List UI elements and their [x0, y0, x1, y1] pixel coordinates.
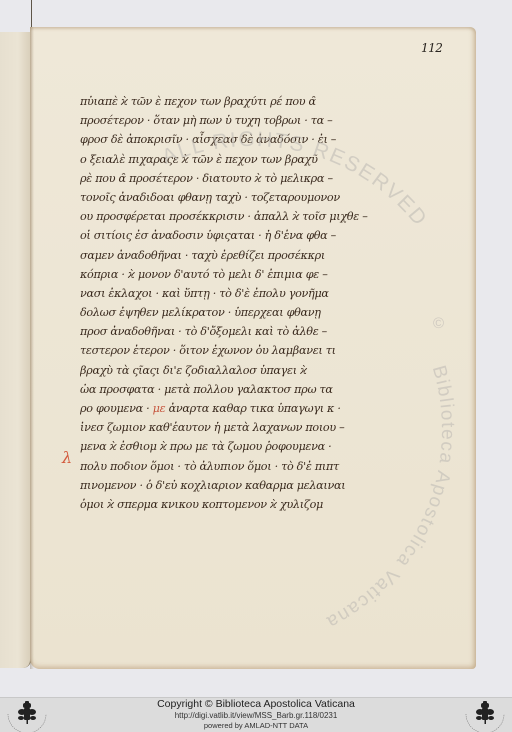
manuscript-line: ὠα προσφατα · μετὰ πολλου γαλακτοσ πρω τ…: [80, 380, 420, 399]
manuscript-line: τεστερον ἑτερον · ὅιτον ἐχωνον ὀυ λαμβαν…: [80, 341, 420, 360]
manuscript-line: ρὲ που α̑ προσέτερον · διατουτο ϰ̀ τὸ με…: [80, 169, 420, 188]
manuscript-line-text: φροσ δὲ ἀποκρισῖν · αἶσχεασ δὲ ἀναδόσιν …: [80, 133, 336, 146]
manuscript-line: πολυ ποδιον ὅμοι · τὸ ἀλυπιον ὅμοι · τὸ …: [80, 457, 420, 476]
manuscript-line-text: τεστερον ἑτερον · ὅιτον ἐχωνον ὀυ λαμβαν…: [80, 344, 336, 357]
manuscript-line-text: ρὲ που α̑ προσέτερον · διατουτο ϰ̀ τὸ με…: [80, 172, 333, 185]
manuscript-line: μενα ϰ̀ ἐσθιομ ϰ̀ πρω με τὰ ζωμου ῥοφουμ…: [80, 437, 420, 456]
rubric-text: με: [153, 402, 166, 415]
manuscript-line: τονοῖς ἀναδιδοαι φθανῃ ταχὺ · τοζεταρουμ…: [80, 188, 420, 207]
image-viewport[interactable]: 112 λ πὐιαπὲ ϰ̀ τῶν ὲ πεχον των βραχύτι …: [0, 0, 512, 697]
manuscript-line-text: πινομενον · ὁ δ'εὐ κοχλιαριον καθαρμα με…: [80, 479, 345, 492]
manuscript-line-text: ο ξειαλὲ πιχαραςε ϰ̀ τῶν ὲ πεχον των βρα…: [80, 153, 318, 166]
manuscript-line-text: σαμεν ἀναδοθῆναι · ταχὺ ἐρεθίζει προσέκκ…: [80, 249, 325, 262]
manuscript-line-text: ἰνεσ ζωμιον καθ'ἑαυτον ἡ μετὰ λαχανων πο…: [80, 421, 344, 434]
manuscript-line: ο ξειαλὲ πιχαραςε ϰ̀ τῶν ὲ πεχον των βρα…: [80, 150, 420, 169]
footer-powered-by: powered by AMLAD-NTT DATA: [0, 721, 512, 730]
manuscript-line: πινομενον · ὁ δ'εὐ κοχλιαριον καθαρμα με…: [80, 476, 420, 495]
folio-number: 112: [421, 41, 442, 55]
manuscript-line: πὐιαπὲ ϰ̀ τῶν ὲ πεχον των βραχύτι ρέ που…: [80, 92, 420, 111]
manuscript-line: ἰνεσ ζωμιον καθ'ἑαυτον ἡ μετὰ λαχανων πο…: [80, 418, 420, 437]
previous-page-edge: [0, 32, 31, 668]
manuscript-line-text: οἱ σιτίοις ἐσ ἀναδοσιν ὑφιςαται · ἡ δ'ἑν…: [80, 229, 336, 242]
manuscript-line: νασι ἐκλαχοι · καὶ ὕπτῃ · τὸ δ'ὲ ἐπολυ γ…: [80, 284, 420, 303]
manuscript-line-text: ἀναρτα καθαρ τικα ὑπαγωγι κ ·: [165, 402, 340, 415]
footer-copyright: Copyright © Biblioteca Apostolica Vatica…: [0, 698, 512, 710]
manuscript-line: προσ ἀναδοθῆναι · τὸ δ'ὄξομελι καὶ τὸ ἀλ…: [80, 322, 420, 341]
footer-bar: Copyright © Biblioteca Apostolica Vatica…: [0, 697, 512, 732]
manuscript-line: σαμεν ἀναδοθῆναι · ταχὺ ἐρεθίζει προσέκκ…: [80, 246, 420, 265]
manuscript-line-text: προσέτερον · ὅταν μὴ πων ὑ τυχη τοβρωι ·…: [80, 114, 332, 127]
manuscript-text-block: πὐιαπὲ ϰ̀ τῶν ὲ πεχον των βραχύτι ρέ που…: [80, 92, 420, 514]
manuscript-line-text: πὐιαπὲ ϰ̀ τῶν ὲ πεχον των βραχύτι ρέ που…: [80, 95, 316, 108]
manuscript-line: ρο φουμενα · με ἀναρτα καθαρ τικα ὑπαγωγ…: [80, 399, 420, 418]
manuscript-line: βραχὺ τὰ ςῖαςι δι'ε ζοδιαλλαλοσ ὑπαγει ϰ…: [80, 361, 420, 380]
manuscript-line-text: ὠα προσφατα · μετὰ πολλου γαλακτοσ πρω τ…: [80, 383, 333, 396]
manuscript-line: ὁμοι ϰ̀ σπερμα κνικου κοπτομενον ϰ̀ χυλι…: [80, 495, 420, 514]
manuscript-line: προσέτερον · ὅταν μὴ πων ὑ τυχη τοβρωι ·…: [80, 111, 420, 130]
manuscript-line: ου προσφέρεται προσέκκρισιν · ἀπαλλ ϰ̀ τ…: [80, 207, 420, 226]
manuscript-line: οἱ σιτίοις ἐσ ἀναδοσιν ὑφιςαται · ἡ δ'ἑν…: [80, 226, 420, 245]
manuscript-line-text: τονοῖς ἀναδιδοαι φθανῃ ταχὺ · τοζεταρουμ…: [80, 191, 340, 204]
manuscript-line-text: βραχὺ τὰ ςῖαςι δι'ε ζοδιαλλαλοσ ὑπαγει ϰ…: [80, 364, 307, 377]
manuscript-line-text: μενα ϰ̀ ἐσθιομ ϰ̀ πρω με τὰ ζωμου ῥοφουμ…: [80, 440, 331, 453]
manuscript-line: δολωσ ἐψηθεν μελίκρατον · ὑπερχεαι φθανῃ: [80, 303, 420, 322]
manuscript-line: φροσ δὲ ἀποκρισῖν · αἶσχεασ δὲ ἀναδόσιν …: [80, 130, 420, 149]
manuscript-line-text: κόπρια · ϰ̀ μονον δ'αυτό τὸ μελι δ' ἐπιμ…: [80, 268, 328, 281]
manuscript-line-text: ὁμοι ϰ̀ σπερμα κνικου κοπτομενον ϰ̀ χυλι…: [80, 498, 323, 511]
manuscript-line-text: ου προσφέρεται προσέκκρισιν · ἀπαλλ ϰ̀ τ…: [80, 210, 368, 223]
footer-url-link[interactable]: http://digi.vatlib.it/view/MSS_Barb.gr.1…: [0, 711, 512, 720]
rubric-margin-initial: λ: [62, 448, 72, 467]
manuscript-line-text: νασι ἐκλαχοι · καὶ ὕπτῃ · τὸ δ'ὲ ἐπολυ γ…: [80, 287, 329, 300]
manuscript-line-text: ρο φουμενα ·: [80, 402, 153, 415]
vatican-library-logo-right-icon: [460, 700, 510, 732]
manuscript-line: κόπρια · ϰ̀ μονον δ'αυτό τὸ μελι δ' ἐπιμ…: [80, 265, 420, 284]
manuscript-line-text: δολωσ ἐψηθεν μελίκρατον · ὑπερχεαι φθανῃ: [80, 306, 321, 319]
manuscript-line-text: προσ ἀναδοθῆναι · τὸ δ'ὄξομελι καὶ τὸ ἀλ…: [80, 325, 327, 338]
manuscript-line-text: πολυ ποδιον ὅμοι · τὸ ἀλυπιον ὅμοι · τὸ …: [80, 460, 339, 473]
